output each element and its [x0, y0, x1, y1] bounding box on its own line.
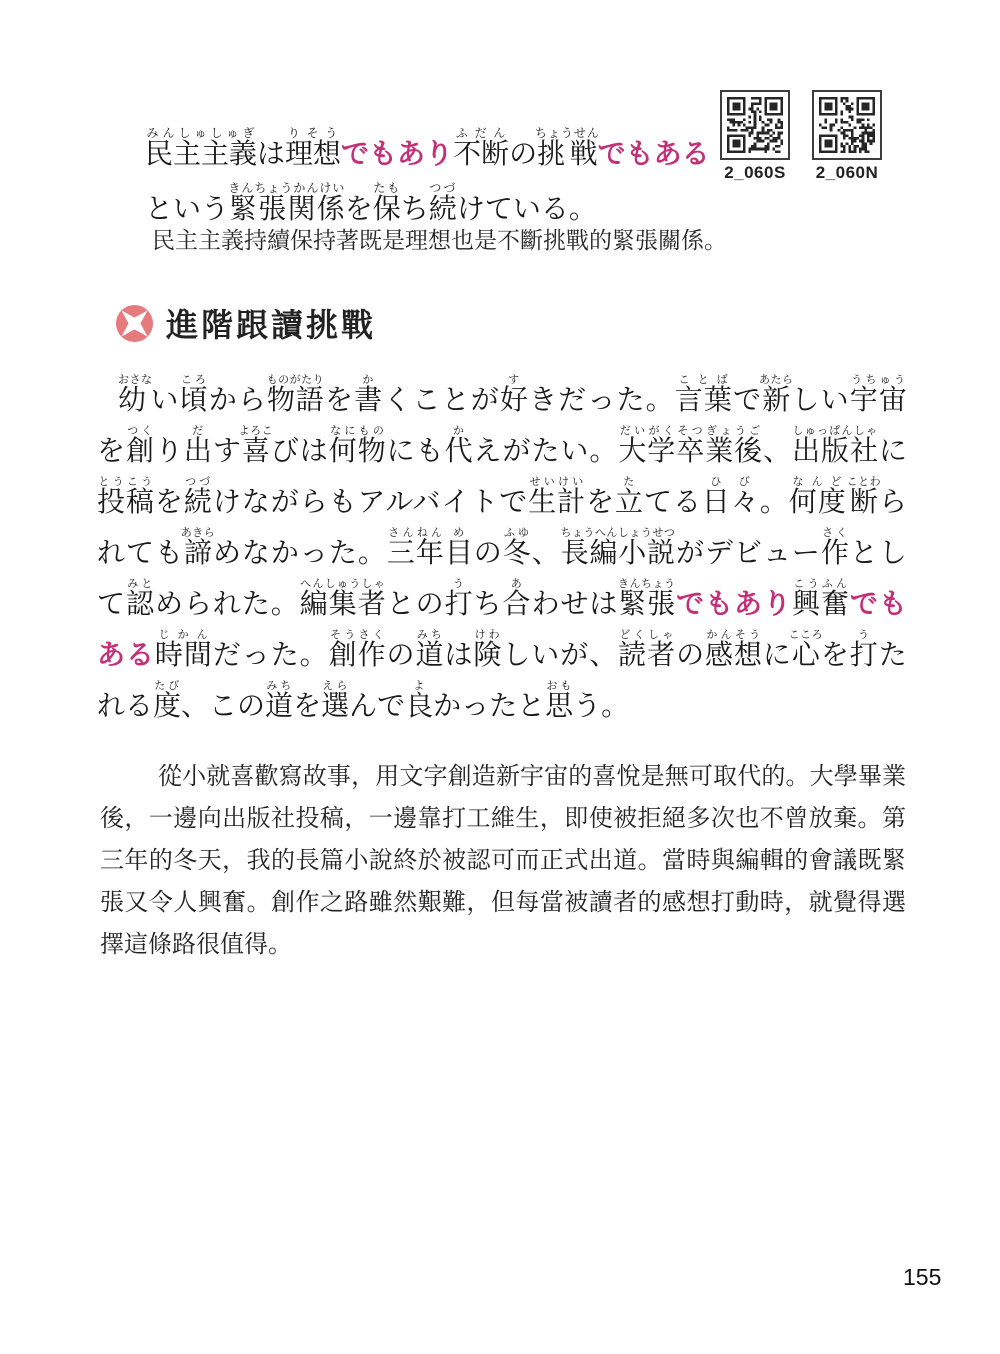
- passage-line-7: れる度たび、この道みちを選えらんで良よかったと思おもう。: [97, 680, 907, 731]
- qr-label: 2_060S: [720, 163, 790, 183]
- section-title: 進階跟讀挑戰: [166, 300, 376, 346]
- qr-code-group: 2_060S 2_060N: [720, 90, 882, 183]
- passage-line-6: ある時間じかんだった。創作そうさくの道みちは険けわしいが、読者どくしゃの感想かん…: [97, 629, 907, 680]
- translation-line-3: 三年的冬天，我的長篇小說終於被認可而正式出道。當時與編輯的會議既緊: [100, 840, 906, 882]
- qr-frame: [720, 90, 790, 160]
- example-japanese-sentence: 民主主義みんしゅしゅぎは理想りそうでもあり不断ふだんの挑戦ちょうせんでもある と…: [145, 126, 710, 236]
- qr-code-icon: [819, 97, 875, 153]
- translation-line-4: 張又令人興奮。創作之路雖然艱難，但每當被讀者的感想打動時，就覺得選: [100, 882, 906, 924]
- sentence-line-1: 民主主義みんしゅしゅぎは理想りそうでもあり不断ふだんの挑戦ちょうせんでもある: [145, 126, 710, 181]
- example-chinese-translation: 民主主義持續保持著既是理想也是不斷挑戰的緊張關係。: [152, 226, 727, 256]
- flower-coin-icon: [116, 305, 153, 342]
- translation-line-2: 後，一邊向出版社投稿，一邊靠打工維生，即使被拒絕多次也不曾放棄。第: [100, 798, 906, 840]
- passage-line-2: を創つくり出だす喜よろこびは何物なにものにも代かえがたい。大学卒業後だいがくそつ…: [97, 425, 907, 476]
- passage-line-5: て認みとめられた。編集者へんしゅうしゃとの打うち合あわせは緊張きんちょうでもあり…: [97, 578, 907, 629]
- textbook-page: 民主主義みんしゅしゅぎは理想りそうでもあり不断ふだんの挑戦ちょうせんでもある と…: [0, 0, 1000, 1354]
- qr-item-slow: 2_060S: [720, 90, 790, 183]
- translation-line-5: 擇這條路很值得。: [100, 924, 906, 966]
- chinese-translation-paragraph: 從小就喜歡寫故事，用文字創造新宇宙的喜悅是無可取代的。大學畢業 後，一邊向出版社…: [100, 756, 906, 966]
- qr-frame: [812, 90, 882, 160]
- translation-line-1: 從小就喜歡寫故事，用文字創造新宇宙的喜悅是無可取代的。大學畢業: [100, 756, 906, 798]
- passage-line-4: れても諦あきらめなかった。三年さんねん目めの冬ふゆ、長編小説ちょうへんしょうせつ…: [97, 527, 907, 578]
- passage-line-3: 投稿とうこうを続つづけながらもアルバイトで生計せいけいを立たてる日々ひび。何度な…: [97, 476, 907, 527]
- passage-line-1: 幼おさない頃ころから物語ものがたりを書かくことが好すきだった。言葉ことばで新あた…: [97, 374, 907, 425]
- japanese-reading-passage: 幼おさない頃ころから物語ものがたりを書かくことが好すきだった。言葉ことばで新あた…: [97, 374, 907, 731]
- qr-code-icon: [727, 97, 783, 153]
- qr-item-normal: 2_060N: [812, 90, 882, 183]
- qr-label: 2_060N: [812, 163, 882, 183]
- section-header: 進階跟讀挑戰: [116, 300, 376, 346]
- page-number: 155: [903, 1264, 941, 1291]
